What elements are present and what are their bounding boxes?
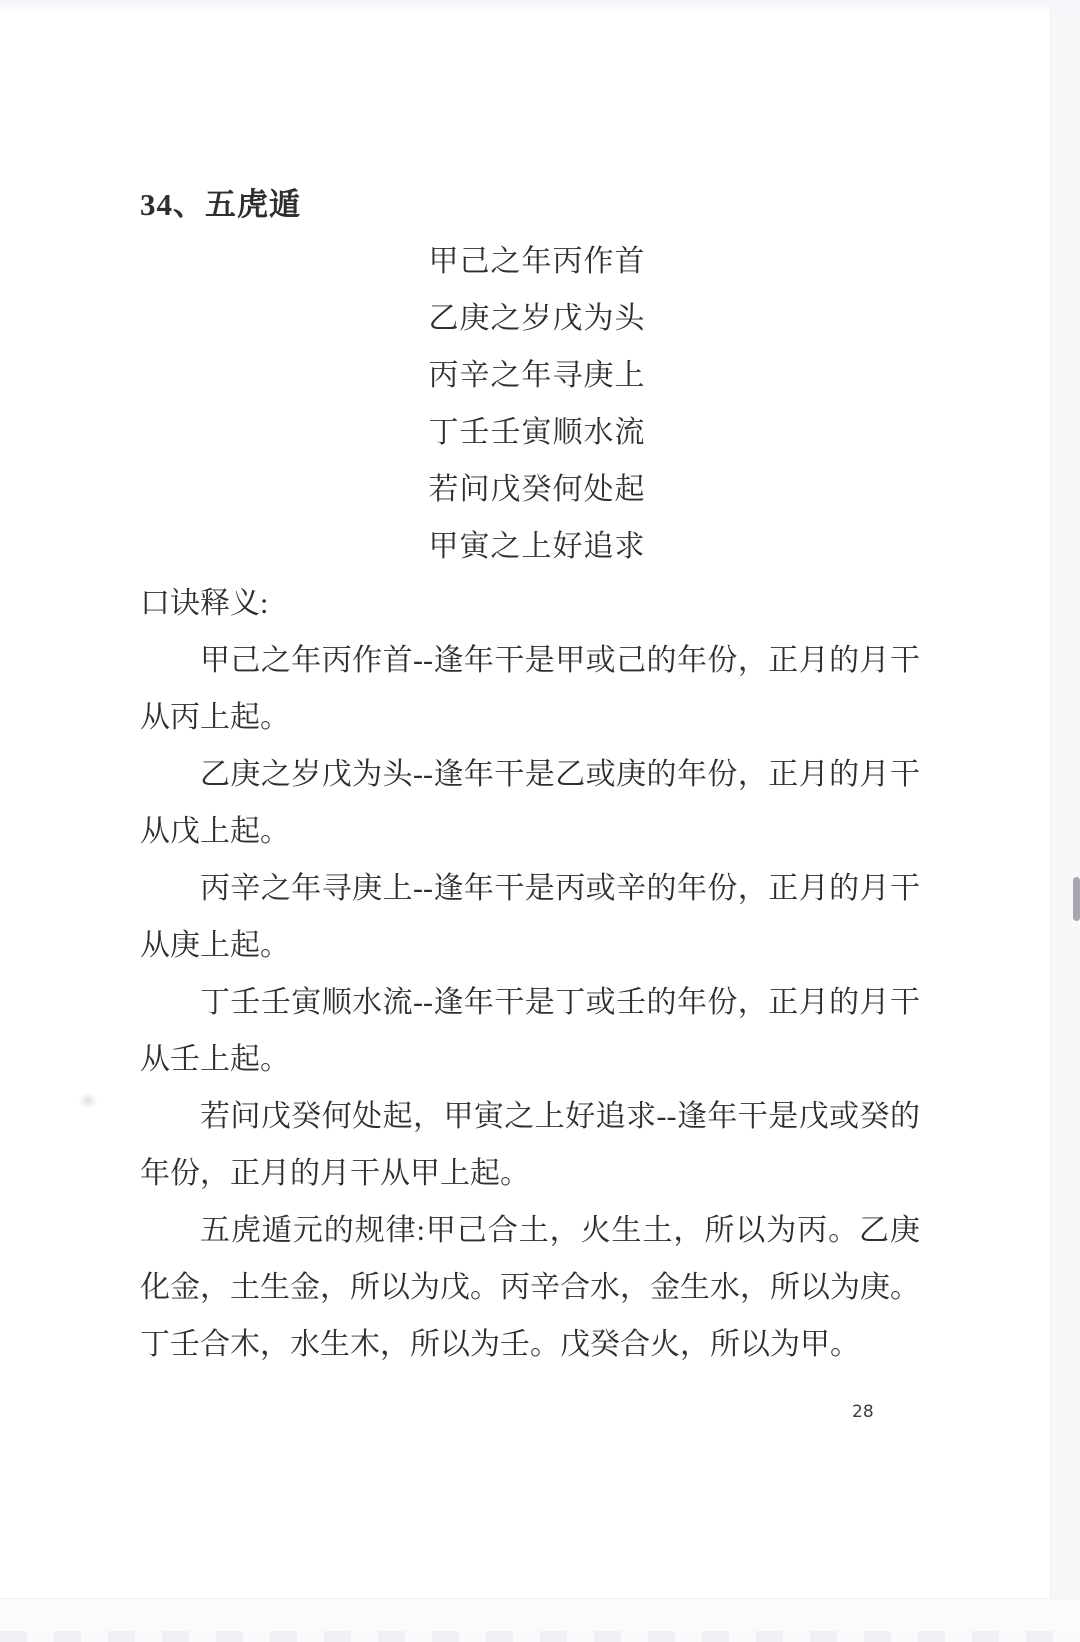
top-shade — [0, 0, 1080, 14]
poem-line: 丁壬壬寅顺水流 — [154, 404, 920, 461]
poem-line: 丙辛之年寻庚上 — [154, 347, 920, 404]
section-number: 34、 — [140, 187, 205, 222]
section-heading: 34、五虎遁 — [140, 176, 920, 233]
explanation-paragraph: 五虎遁元的规律:甲己合土，火生土，所以为丙。乙庚化金，土生金，所以为戊。丙辛合水… — [140, 1202, 920, 1373]
explanation-label: 口诀释义: — [140, 575, 920, 632]
poem-line: 若问戊癸何处起 — [154, 461, 920, 518]
explanation-paragraph: 丁壬壬寅顺水流--逢年干是丁或壬的年份，正月的月干从壬上起。 — [140, 974, 920, 1088]
scrollbar-track[interactable] — [1050, 0, 1080, 1642]
explanation-paragraph: 若问戊癸何处起，甲寅之上好追求--逢年干是戊或癸的年份，正月的月干从甲上起。 — [140, 1088, 920, 1202]
explanation-paragraph: 甲己之年丙作首--逢年干是甲或己的年份，正月的月干从丙上起。 — [140, 632, 920, 746]
page-edge-pattern — [0, 1631, 1080, 1642]
explanation-paragraph: 乙庚之岁戊为头--逢年干是乙或庚的年份，正月的月干从戊上起。 — [140, 746, 920, 860]
section-title: 五虎遁 — [205, 187, 301, 222]
poem-line: 甲寅之上好追求 — [154, 518, 920, 575]
poem-line: 乙庚之岁戊为头 — [154, 290, 920, 347]
poem-line: 甲己之年丙作首 — [154, 233, 920, 290]
scrollbar-thumb[interactable] — [1073, 877, 1080, 921]
explanation-paragraph: 丙辛之年寻庚上--逢年干是丙或辛的年份，正月的月干从庚上起。 — [140, 860, 920, 974]
poem-block: 甲己之年丙作首 乙庚之岁戊为头 丙辛之年寻庚上 丁壬壬寅顺水流 若问戊癸何处起 … — [140, 233, 920, 575]
document-page: 34、五虎遁 甲己之年丙作首 乙庚之岁戊为头 丙辛之年寻庚上 丁壬壬寅顺水流 若… — [140, 0, 920, 1373]
scan-smudge — [78, 1093, 98, 1108]
page-number: 28 — [852, 1402, 874, 1422]
document-viewer: 34、五虎遁 甲己之年丙作首 乙庚之岁戊为头 丙辛之年寻庚上 丁壬壬寅顺水流 若… — [0, 0, 1080, 1642]
page-gap-band — [0, 1598, 1080, 1632]
